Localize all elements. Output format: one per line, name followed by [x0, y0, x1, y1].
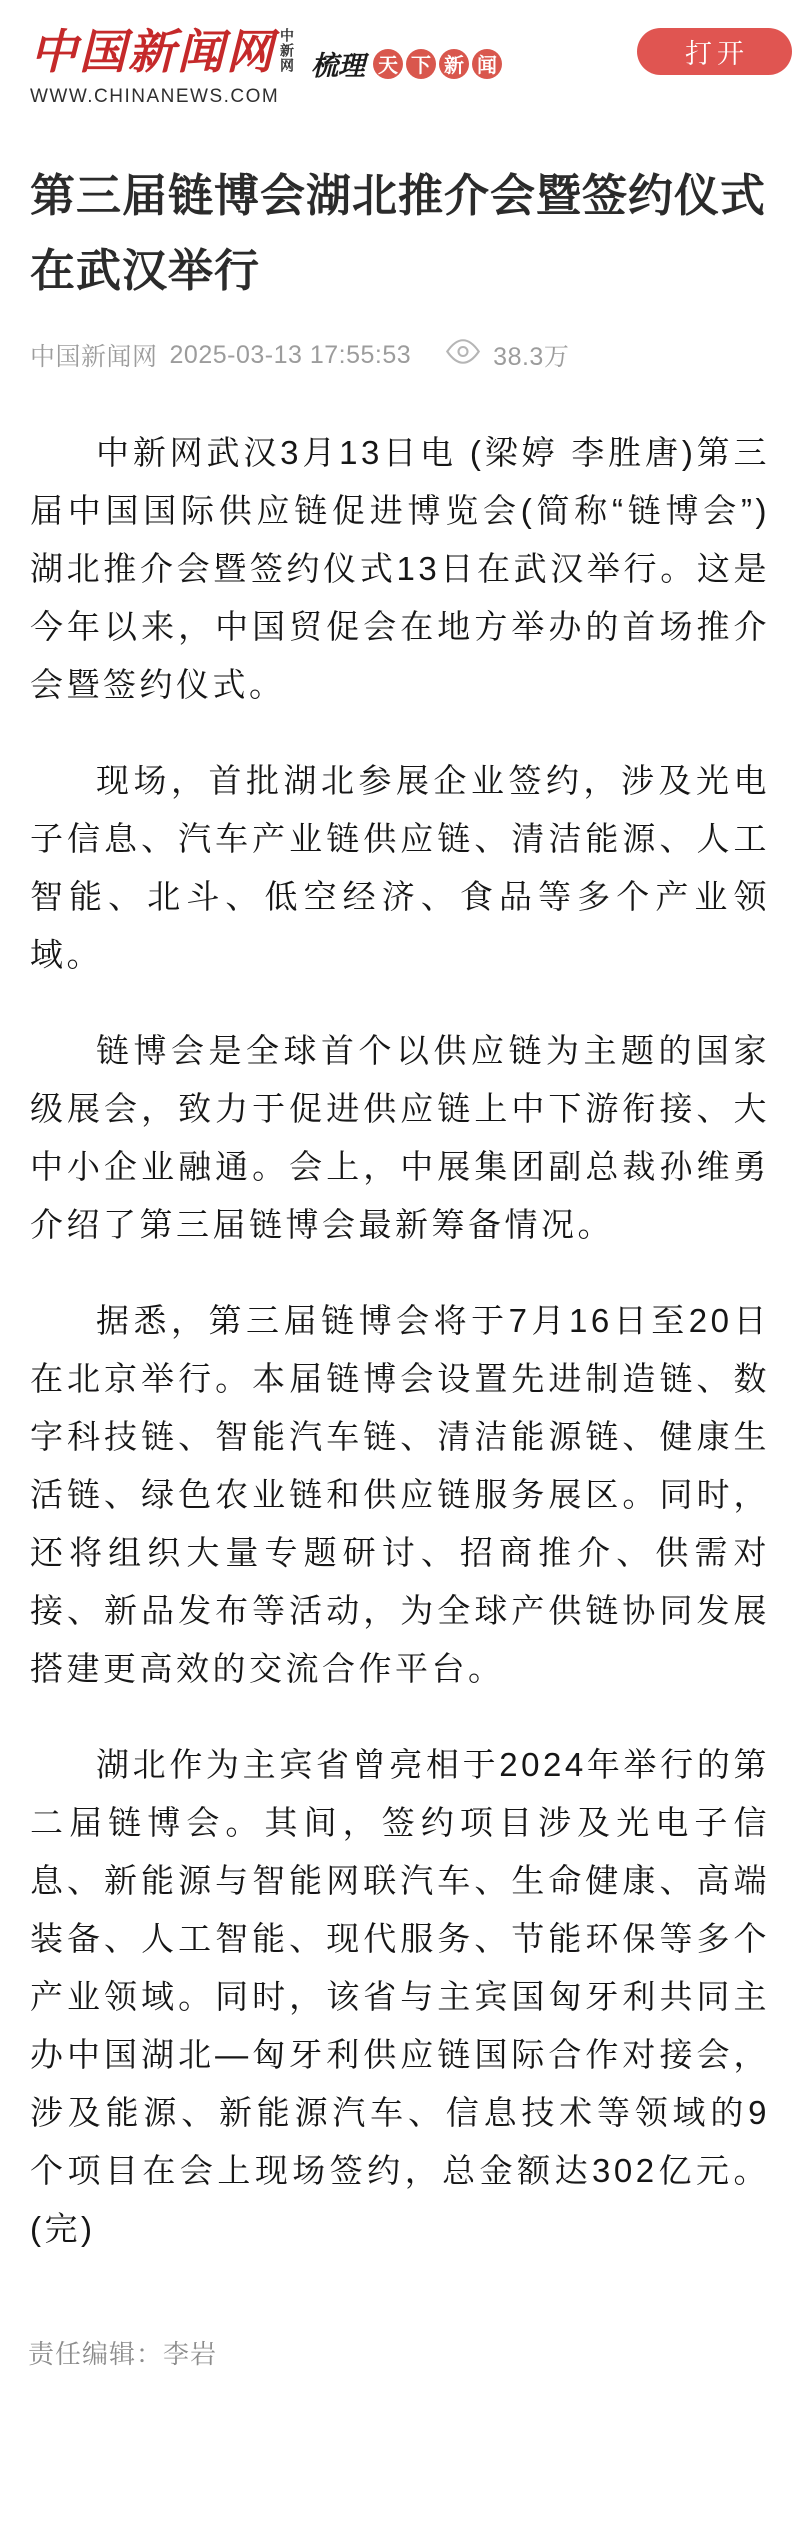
slogan-prefix-text: 梳理: [311, 44, 365, 83]
slogan-circle-badges: 天 下 新 闻: [370, 49, 502, 79]
site-slogan: 梳理 天 下 新 闻: [311, 44, 502, 83]
slogan-circle-char: 下: [406, 49, 436, 79]
article-meta: 中国新闻网 2025-03-13 17:55:53 38.3万: [30, 338, 770, 372]
views-count: 38.3万: [493, 337, 569, 373]
chinanews-logo[interactable]: 中国新闻网 中新网 WWW.CHINANEWS.COM: [30, 26, 295, 108]
logo-url-text: WWW.CHINANEWS.COM: [30, 86, 295, 108]
slogan-circle-char: 闻: [472, 49, 502, 79]
slogan-circle-char: 新: [439, 49, 469, 79]
logo-top-row: 中国新闻网 中新网: [30, 26, 295, 78]
meta-timestamp: 2025-03-13 17:55:53: [170, 341, 412, 370]
article-main: 第三届链博会湖北推介会暨签约仪式在武汉举行 中国新闻网 2025-03-13 1…: [0, 158, 800, 2258]
article-paragraph: 据悉，第三届链博会将于7月16日至20日在北京举行。本届链博会设置先进制造链、数…: [30, 1292, 770, 1698]
eye-icon: [445, 338, 481, 372]
site-header: 中国新闻网 中新网 WWW.CHINANEWS.COM 梳理 天 下 新 闻 打…: [0, 0, 800, 108]
article-paragraph: 链博会是全球首个以供应链为主题的国家级展会，致力于促进供应链上中下游衔接、大中小…: [30, 1022, 770, 1254]
article-footer: 责任编辑：李岩: [28, 2334, 770, 2426]
meta-source: 中国新闻网: [30, 337, 158, 373]
open-app-button[interactable]: 打开: [637, 28, 792, 75]
slogan-circle-char: 天: [373, 49, 403, 79]
article-paragraph: 湖北作为主宾省曾亮相于2024年举行的第二届链博会。其间，签约项目涉及光电子信息…: [30, 1736, 770, 2258]
editor-credit: 责任编辑：李岩: [28, 2339, 217, 2369]
article-title: 第三届链博会湖北推介会暨签约仪式在武汉举行: [30, 158, 770, 308]
article-paragraph: 中新网武汉3月13日电 (梁婷 李胜唐)第三届中国国际供应链促进博览会(简称“链…: [30, 424, 770, 714]
article-paragraph: 现场，首批湖北参展企业签约，涉及光电子信息、汽车产业链供应链、清洁能源、人工智能…: [30, 752, 770, 984]
article-body: 中新网武汉3月13日电 (梁婷 李胜唐)第三届中国国际供应链促进博览会(简称“链…: [30, 424, 770, 2258]
logo-calligraphy-text: 中国新闻网: [30, 26, 275, 78]
logo-sub-text: 中新网: [279, 28, 295, 73]
